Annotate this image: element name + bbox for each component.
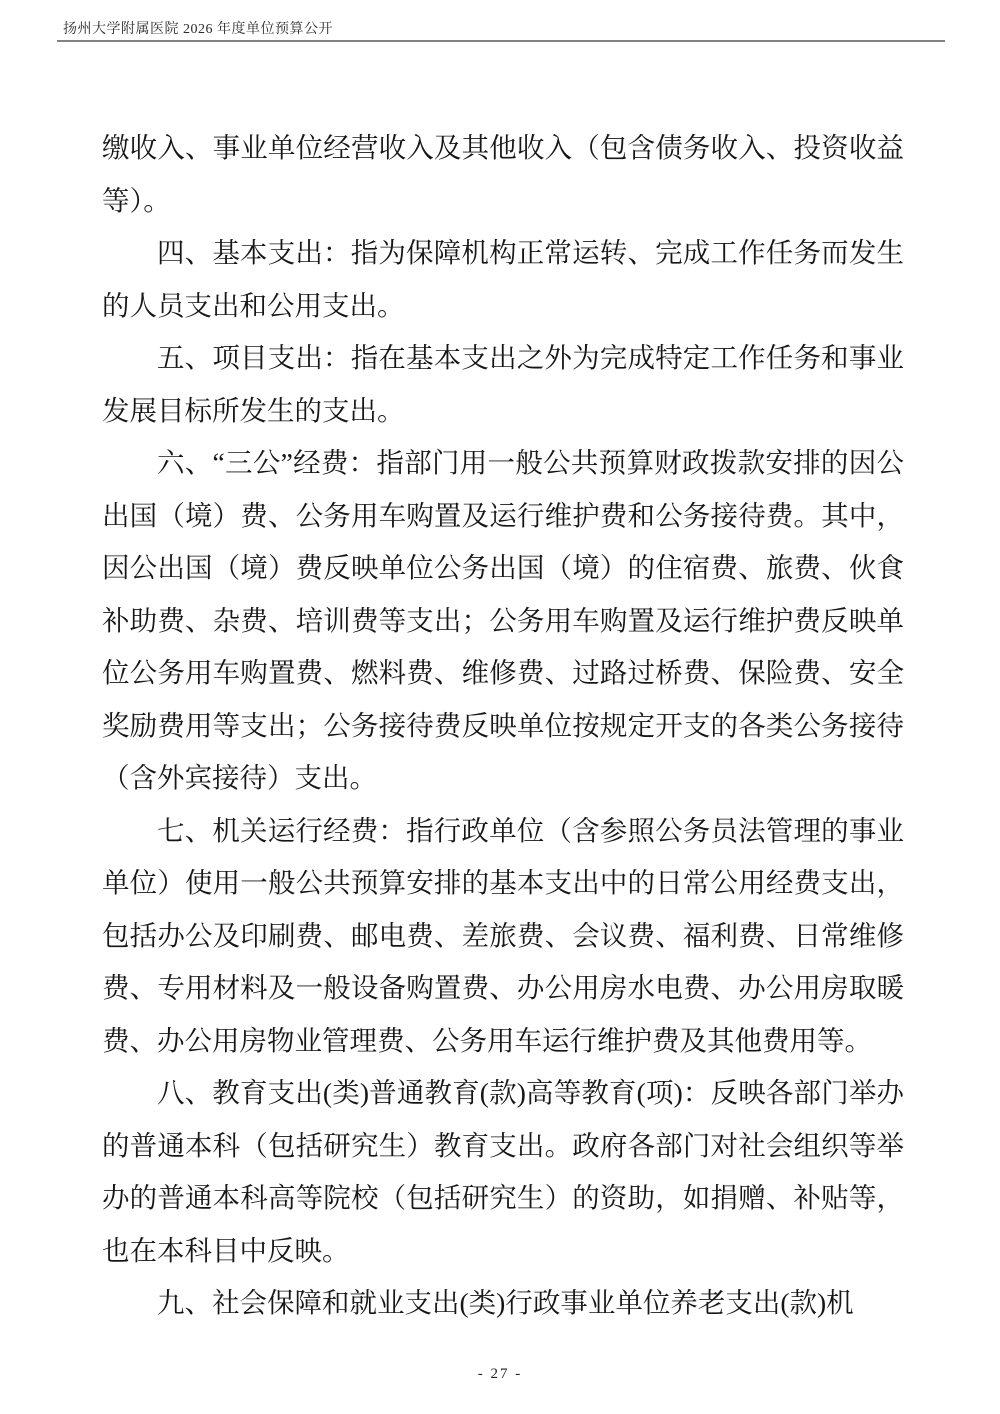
paragraph: 四、基本支出：指为保障机构正常运转、完成工作任务而发生的人员支出和公用支出。 [102,227,904,332]
document-body: 缴收入、事业单位经营收入及其他收入（包含债务收入、投资收益等）。四、基本支出：指… [102,122,904,1330]
header-rule [57,40,945,42]
paragraph: 九、社会保障和就业支出(类)行政事业单位养老支出(款)机 [102,1277,904,1330]
document-page: 扬州大学附属医院 2026 年度单位预算公开 缴收入、事业单位经营收入及其他收入… [0,0,1000,1414]
paragraph: 六、“三公”经费：指部门用一般公共预算财政拨款安排的因公出国（境）费、公务用车购… [102,437,904,805]
page-number: - 27 - [0,1366,1000,1383]
paragraph: 五、项目支出：指在基本支出之外为完成特定工作任务和事业发展目标所发生的支出。 [102,332,904,437]
paragraph: 七、机关运行经费：指行政单位（含参照公务员法管理的事业单位）使用一般公共预算安排… [102,805,904,1068]
paragraph: 八、教育支出(类)普通教育(款)高等教育(项)：反映各部门举办的普通本科（包括研… [102,1067,904,1277]
paragraph: 缴收入、事业单位经营收入及其他收入（包含债务收入、投资收益等）。 [102,122,904,227]
page-header-title: 扬州大学附属医院 2026 年度单位预算公开 [63,18,333,38]
